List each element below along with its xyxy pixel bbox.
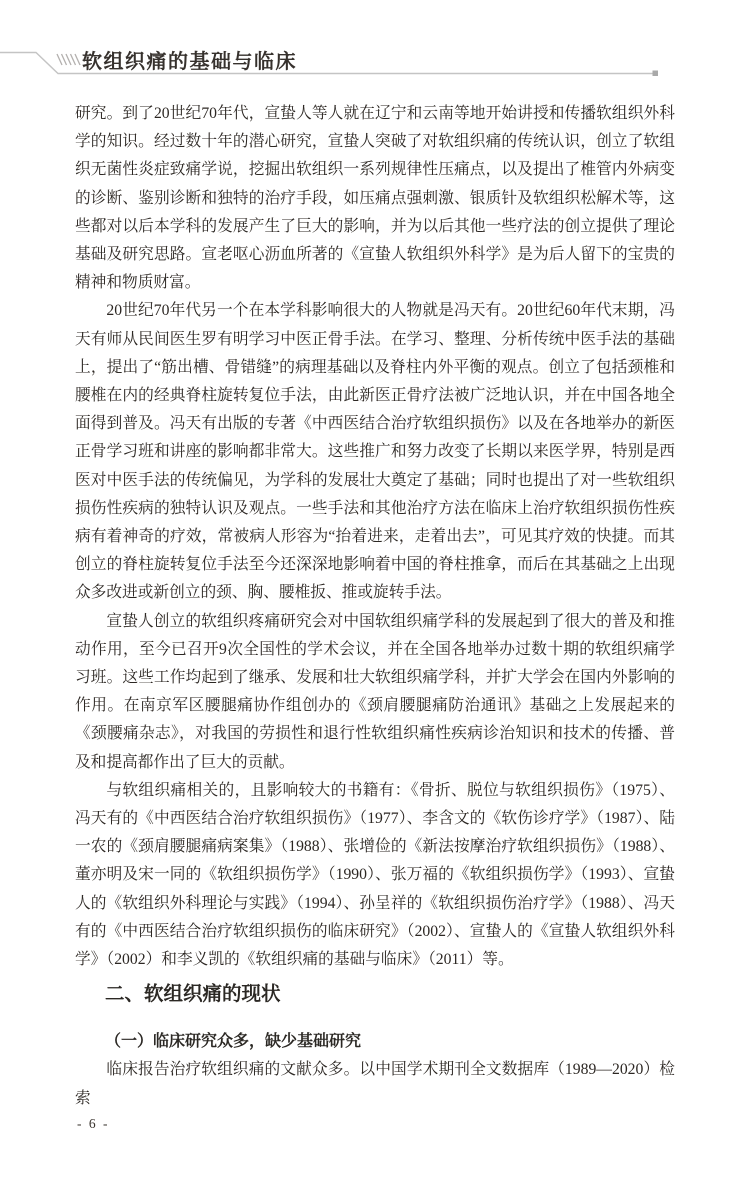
paragraph-research-society: 宣蛰人创立的软组织疼痛研究会对中国软组织痛学科的发展起到了很大的普及和推动作用，…	[75, 608, 675, 777]
paragraph-feng-tianyou: 20世纪70年代另一个在本学科影响很大的人物就是冯天有。20世纪60年代末期，冯…	[75, 297, 675, 607]
paragraph-related-books: 与软组织痛相关的，且影响较大的书籍有：《骨折、脱位与软组织损伤》（1975）、冯…	[75, 777, 675, 974]
sub-section-heading: （一）临床研究众多，缺少基础研究	[75, 1028, 675, 1056]
header-tick-marks-icon	[57, 54, 80, 65]
paragraph-continuation: 研究。到了20世纪70年代，宣蛰人等人就在辽宁和云南等地开始讲授和传播软组织外科…	[75, 100, 675, 297]
page-number: - 6 -	[77, 1116, 110, 1132]
book-page: 软组织痛的基础与临床 研究。到了20世纪70年代，宣蛰人等人就在辽宁和云南等地开…	[0, 0, 750, 1200]
body-text-column: 研究。到了20世纪70年代，宣蛰人等人就在辽宁和云南等地开始讲授和传播软组织外科…	[75, 100, 675, 1113]
header-rule-end-dot	[653, 71, 659, 77]
running-head-title: 软组织痛的基础与临床	[82, 45, 297, 74]
section-heading: 二、软组织痛的现状	[75, 980, 675, 1008]
paragraph-clinical-reports: 临床报告治疗软组织痛的文献众多。以中国学术期刊全文数据库（1989—2020）检…	[75, 1056, 675, 1112]
